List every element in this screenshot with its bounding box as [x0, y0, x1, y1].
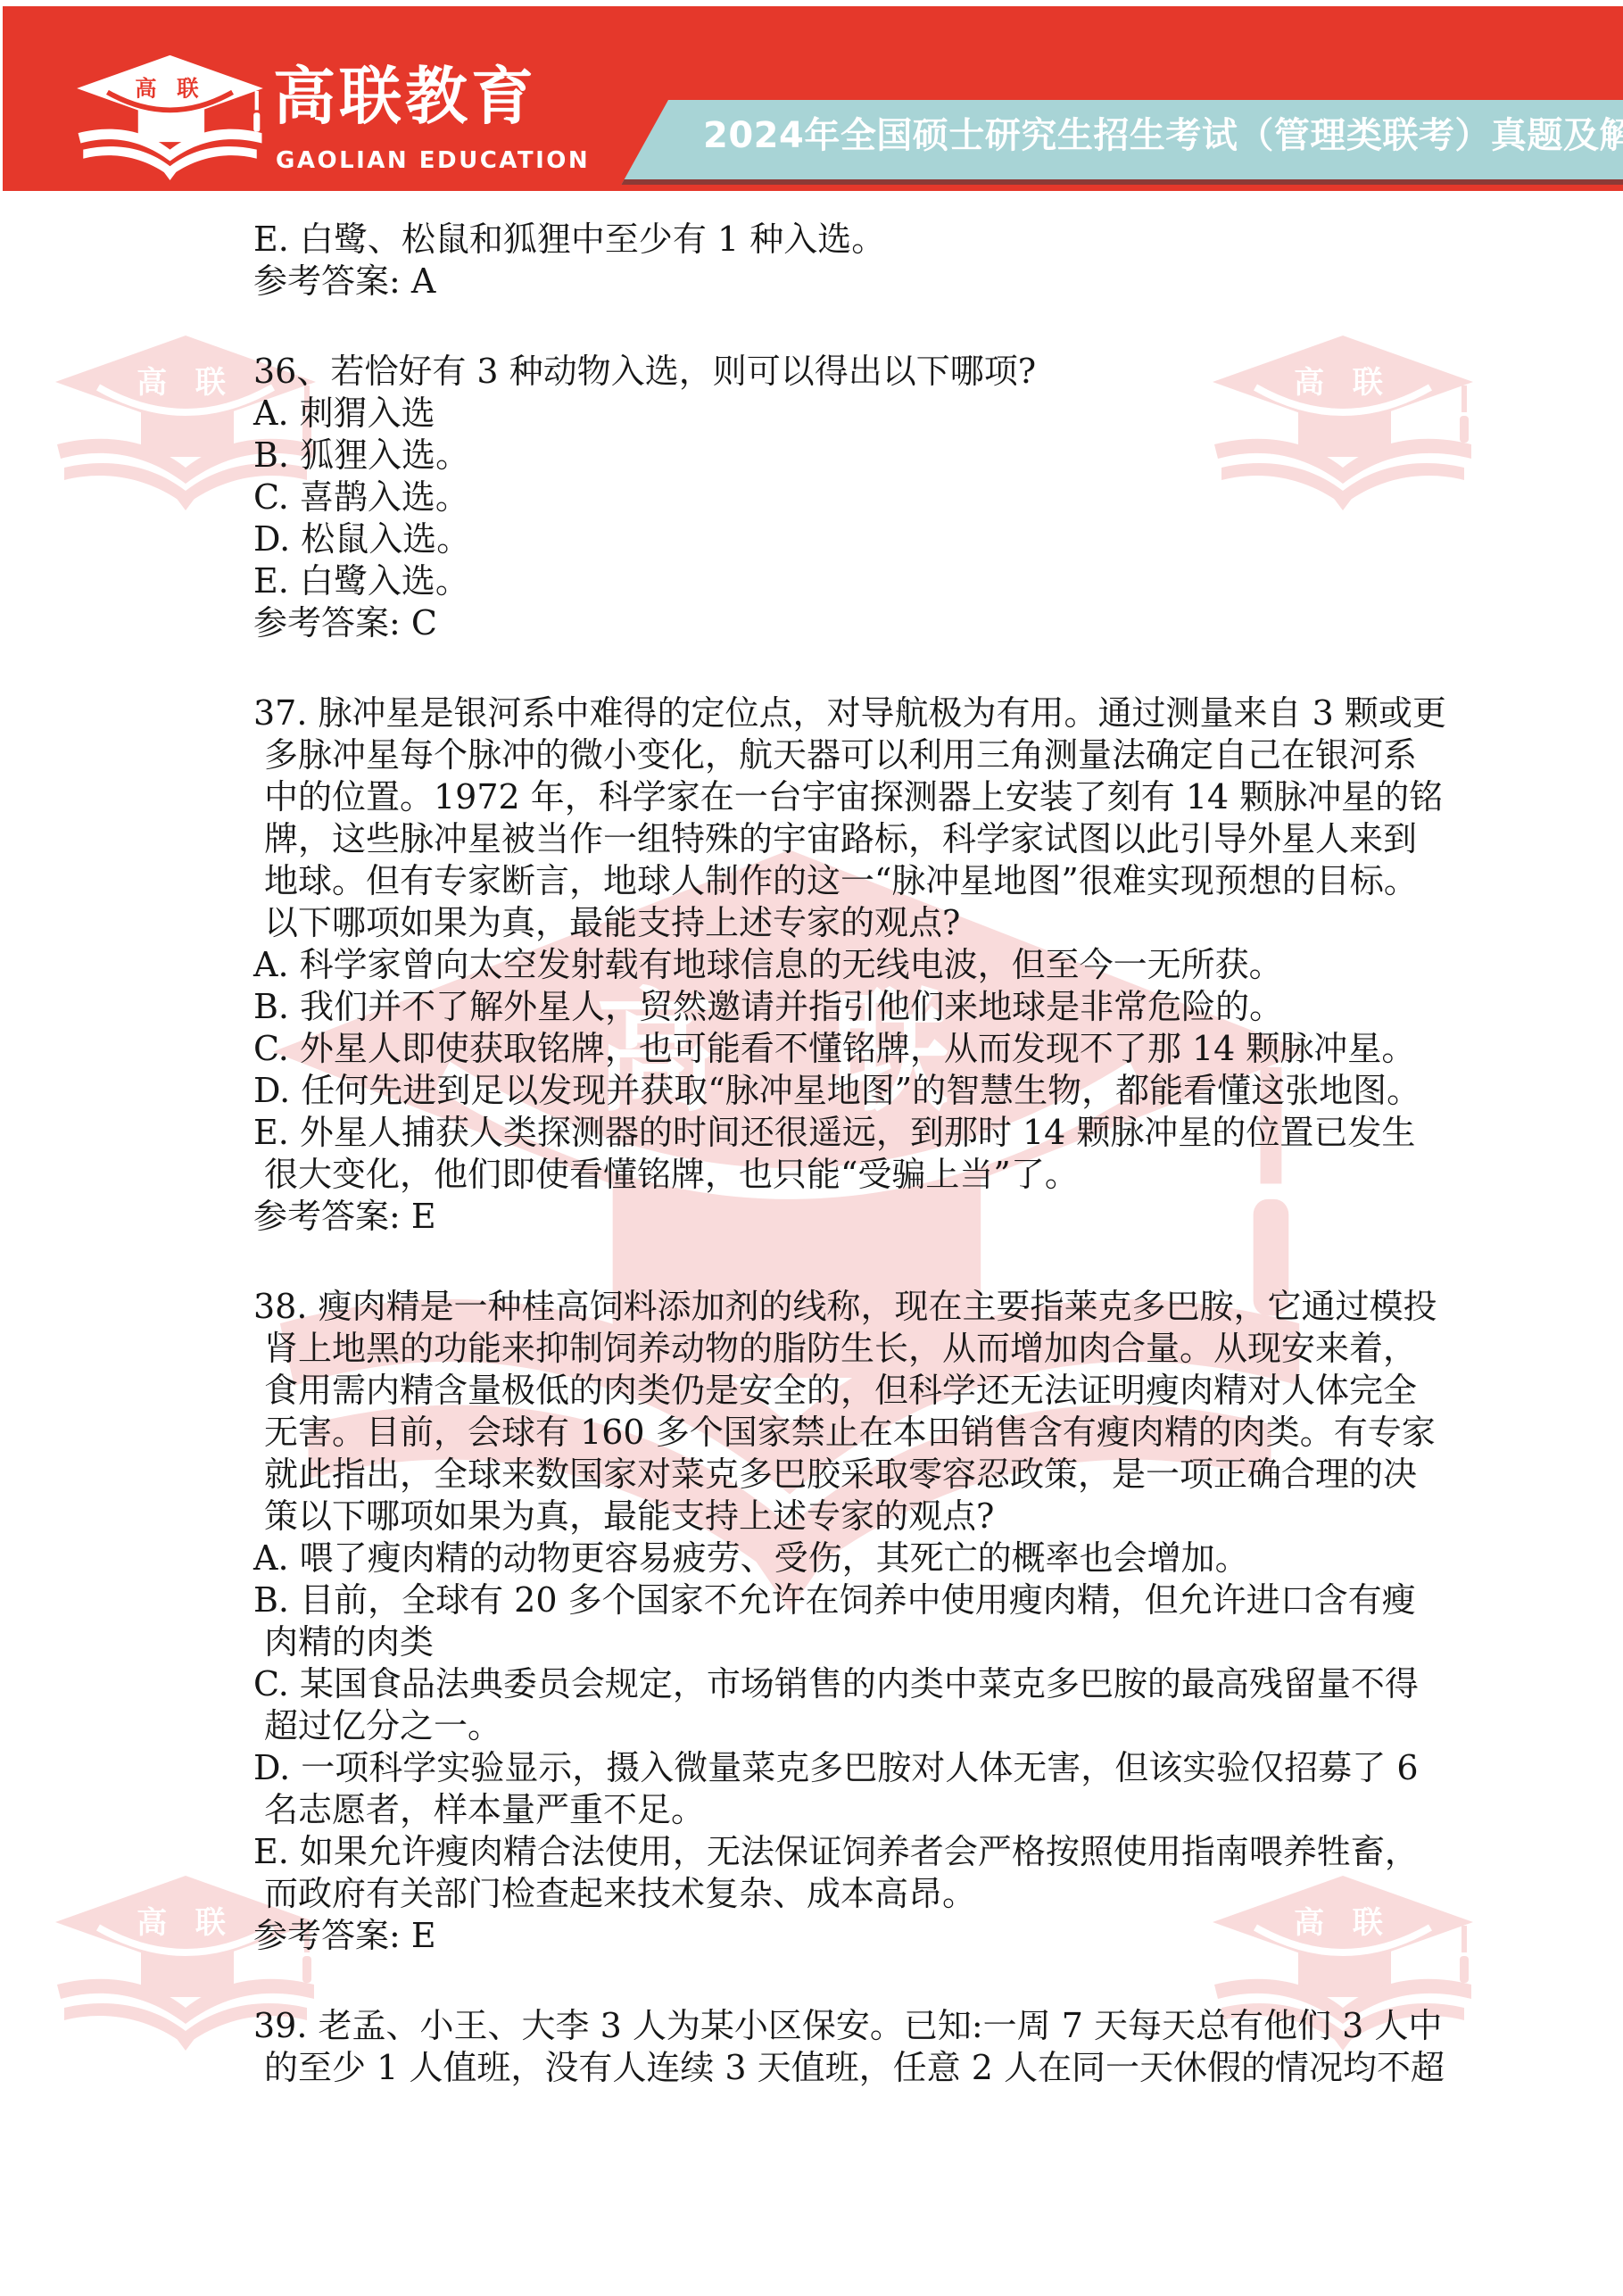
- text-line: 食用需内精含量极低的肉类仍是安全的，但科学还无法证明瘦肉精对人体完全: [253, 1370, 1404, 1412]
- text-line: 39. 老孟、小王、大李 3 人为某小区保安。已知:一周 7 天每天总有他们 3…: [253, 2005, 1404, 2047]
- question-block-q37: 37. 脉冲星是银河系中难得的定位点，对导航极为有用。通过测量来自 3 颗或更多…: [253, 692, 1404, 1238]
- text-line: E. 白鹭、松鼠和狐狸中至少有 1 种入选。: [253, 219, 1404, 261]
- brand-name-en: GAOLIAN EDUCATION: [276, 149, 590, 172]
- text-line: 很大变化，他们即使看懂铭牌，也只能“受骗上当”了。: [253, 1154, 1404, 1196]
- text-line: 策以下哪项如果为真，最能支持上述专家的观点?: [253, 1496, 1404, 1538]
- text-line: A. 喂了瘦肉精的动物更容易疲劳、受伤，其死亡的概率也会增加。: [253, 1538, 1404, 1579]
- document-page: 高联教育 GAOLIAN EDUCATION 2024年全国硕士研究生招生考试（…: [0, 0, 1623, 2296]
- header-banner: 高联教育 GAOLIAN EDUCATION: [3, 6, 1623, 191]
- text-line: C. 某国食品法典委员会规定，市场销售的内类中菜克多巴胺的最高残留量不得: [253, 1663, 1404, 1705]
- text-line: 36、若恰好有 3 种动物入选，则可以得出以下哪项?: [253, 351, 1404, 393]
- text-line: 参考答案: A: [253, 261, 1404, 303]
- text-line: E. 外星人捕获人类探测器的时间还很遥远，到那时 14 颗脉冲星的位置已发生: [253, 1112, 1404, 1154]
- brand-name-cn: 高联教育: [273, 65, 537, 128]
- text-line: E. 白鹭入选。: [253, 560, 1404, 602]
- text-line: 多脉冲星每个脉冲的微小变化，航天器可以利用三角测量法确定自己在银河系: [253, 734, 1404, 776]
- text-line: 中的位置。1972 年，科学家在一台宇宙探测器上安装了刻有 14 颗脉冲星的铭: [253, 776, 1404, 818]
- text-line: D. 任何先进到足以发现并获取“脉冲星地图”的智慧生物，都能看懂这张地图。: [253, 1070, 1404, 1112]
- text-line: B. 我们并不了解外星人，贸然邀请并指引他们来地球是非常危险的。: [253, 986, 1404, 1028]
- text-line: C. 喜鹊入选。: [253, 477, 1404, 518]
- text-line: 以下哪项如果为真，最能支持上述专家的观点?: [253, 902, 1404, 944]
- text-line: B. 目前，全球有 20 多个国家不允许在饲养中使用瘦肉精，但允许进口含有瘦: [253, 1579, 1404, 1621]
- text-line: 参考答案: E: [253, 1915, 1404, 1957]
- text-line: 肾上地黑的功能来抑制饲养动物的脂防生长，从而增加肉合量。从现安来着，: [253, 1328, 1404, 1370]
- text-line: 牌，这些脉冲星被当作一组特殊的宇宙路标，科学家试图以此引导外星人来到: [253, 818, 1404, 860]
- text-line: C. 外星人即使获取铭牌，也可能看不懂铭牌，从而发现不了那 14 颗脉冲星。: [253, 1028, 1404, 1070]
- text-line: 参考答案: E: [253, 1196, 1404, 1238]
- text-line: 而政府有关部门检查起来技术复杂、成本高昂。: [253, 1873, 1404, 1915]
- text-line: A. 刺猬入选: [253, 393, 1404, 435]
- text-line: 肉精的肉类: [253, 1621, 1404, 1663]
- text-line: D. 一项科学实验显示，摄入微量菜克多巴胺对人体无害，但该实验仅招募了 6: [253, 1747, 1404, 1789]
- text-line: A. 科学家曾向太空发射载有地球信息的无线电波，但至今一无所获。: [253, 944, 1404, 986]
- question-block-q36: 36、若恰好有 3 种动物入选，则可以得出以下哪项?A. 刺猬入选B. 狐狸入选…: [253, 351, 1404, 644]
- question-block-q35-tail: E. 白鹭、松鼠和狐狸中至少有 1 种入选。参考答案: A: [253, 219, 1404, 303]
- text-line: 无害。目前，会球有 160 多个国家禁止在本田销售含有瘦肉精的肉类。有专家: [253, 1412, 1404, 1454]
- question-block-q38: 38. 瘦肉精是一种桂高饲料添加剂的线称，现在主要指莱克多巴胺，它通过模投肾上地…: [253, 1286, 1404, 1957]
- text-line: 名志愿者，样本量严重不足。: [253, 1789, 1404, 1831]
- text-line: E. 如果允许瘦肉精合法使用，无法保证饲养者会严格按照使用指南喂养牲畜，: [253, 1831, 1404, 1873]
- text-line: 37. 脉冲星是银河系中难得的定位点，对导航极为有用。通过测量来自 3 颗或更: [253, 692, 1404, 734]
- exam-content: E. 白鹭、松鼠和狐狸中至少有 1 种入选。参考答案: A36、若恰好有 3 种…: [253, 219, 1404, 2089]
- document-title: 2024年全国硕士研究生招生考试（管理类联考）真题及解析: [703, 116, 1613, 155]
- text-line: 超过亿分之一。: [253, 1705, 1404, 1747]
- question-block-q39: 39. 老孟、小王、大李 3 人为某小区保安。已知:一周 7 天每天总有他们 3…: [253, 2005, 1404, 2089]
- text-line: 的至少 1 人值班，没有人连续 3 天值班，任意 2 人在同一天休假的情况均不超: [253, 2047, 1404, 2089]
- text-line: 就此指出，全球来数国家对菜克多巴胶采取零容忍政策，是一项正确合理的决: [253, 1454, 1404, 1496]
- gaolian-logo-icon: [74, 53, 266, 180]
- text-line: 38. 瘦肉精是一种桂高饲料添加剂的线称，现在主要指莱克多巴胺，它通过模投: [253, 1286, 1404, 1328]
- text-line: D. 松鼠入选。: [253, 518, 1404, 560]
- text-line: 参考答案: C: [253, 602, 1404, 644]
- text-line: B. 狐狸入选。: [253, 435, 1404, 477]
- text-line: 地球。但有专家断言，地球人制作的这一“脉冲星地图”很难实现预想的目标。: [253, 860, 1404, 902]
